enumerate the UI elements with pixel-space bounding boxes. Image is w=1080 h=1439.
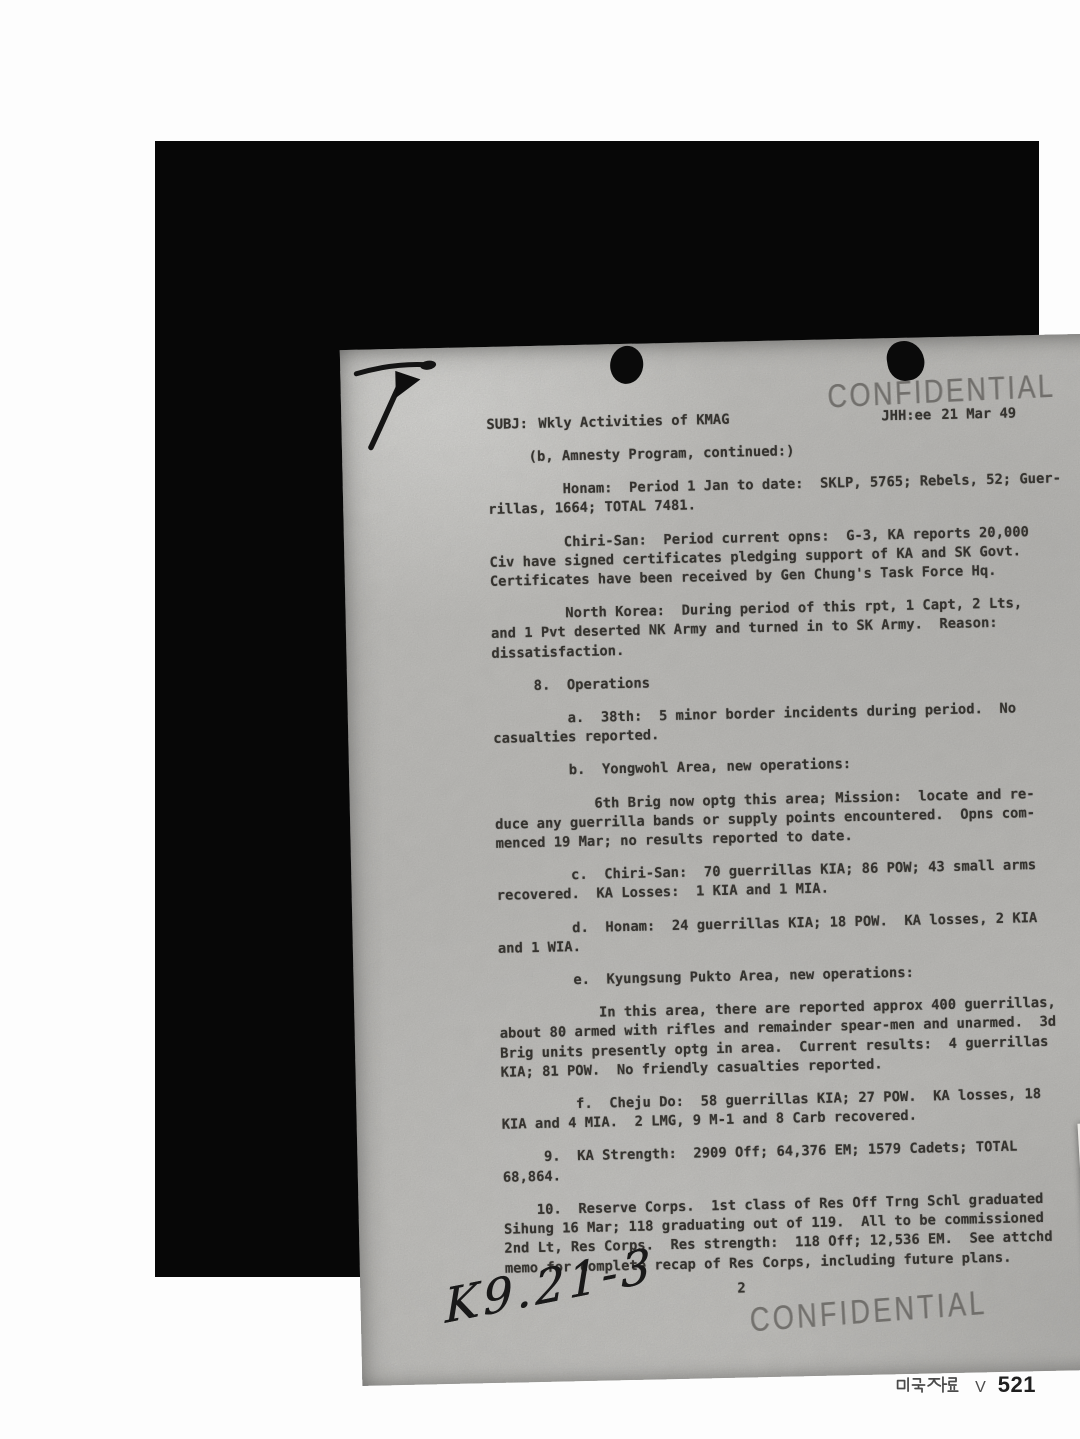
report-date: 21 Mar 49 — [941, 404, 1016, 425]
footer-korean-text — [895, 1376, 963, 1394]
punch-hole-icon — [608, 344, 646, 386]
body-paragraph: (b, Amnesty Program, continued:) — [487, 435, 1080, 468]
body-paragraph: North Korea: During period of this rpt, … — [490, 592, 1080, 664]
subject-label: SUBJ: — [486, 415, 528, 435]
body-paragraph: Honam: Period 1 Jan to date: SKLP, 5765;… — [488, 468, 1080, 520]
subject-title: Wkly Activities of KMAG — [538, 411, 729, 434]
document-paper: CONFIDENTIAL SUBJ: Wkly Activities of KM… — [340, 332, 1080, 1386]
body-paragraph: c. Chiri-San: 70 guerrillas KIA; 86 POW;… — [496, 854, 1080, 906]
body-paragraph: 8. Operations — [492, 664, 1080, 697]
footer-page-number: 521 — [998, 1372, 1036, 1398]
body-paragraph: 6th Brig now optg this area; Mission: lo… — [495, 783, 1080, 855]
body-paragraph: b. Yongwohl Area, new operations: — [494, 749, 1080, 782]
office-code: JHH:ee — [881, 406, 931, 426]
body-paragraph: 9. KA Strength: 2909 Off; 64,376 EM; 157… — [502, 1135, 1080, 1187]
scan-area: CONFIDENTIAL SUBJ: Wkly Activities of KM… — [155, 141, 1039, 1277]
body-paragraph: In this area, there are reported approx … — [499, 992, 1080, 1083]
body-paragraph: d. Honam: 24 guerrillas KIA; 18 POW. KA … — [497, 907, 1080, 959]
body-paragraph: f. Cheju Do: 58 guerrillas KIA; 27 POW. … — [501, 1083, 1080, 1135]
body-paragraph: Chiri-San: Period current opns: G-3, KA … — [489, 521, 1080, 593]
body-paragraph: a. 38th: 5 minor border incidents during… — [493, 697, 1080, 749]
body-paragraph: e. Kyungsung Pukto Area, new operations: — [498, 959, 1080, 992]
confidential-stamp-bottom: CONFIDENTIAL — [749, 1284, 989, 1341]
page-number: 2 — [737, 1280, 746, 1299]
page-footer: V 521 — [0, 1372, 1036, 1398]
pen-mark-icon — [344, 342, 452, 458]
typed-text: SUBJ: Wkly Activities of KMAG JHH:ee 21 … — [486, 402, 1080, 1292]
subject-line: SUBJ: Wkly Activities of KMAG JHH:ee 21 … — [486, 402, 1080, 435]
punch-hole-icon — [884, 338, 927, 383]
footer-volume: V — [975, 1379, 986, 1397]
